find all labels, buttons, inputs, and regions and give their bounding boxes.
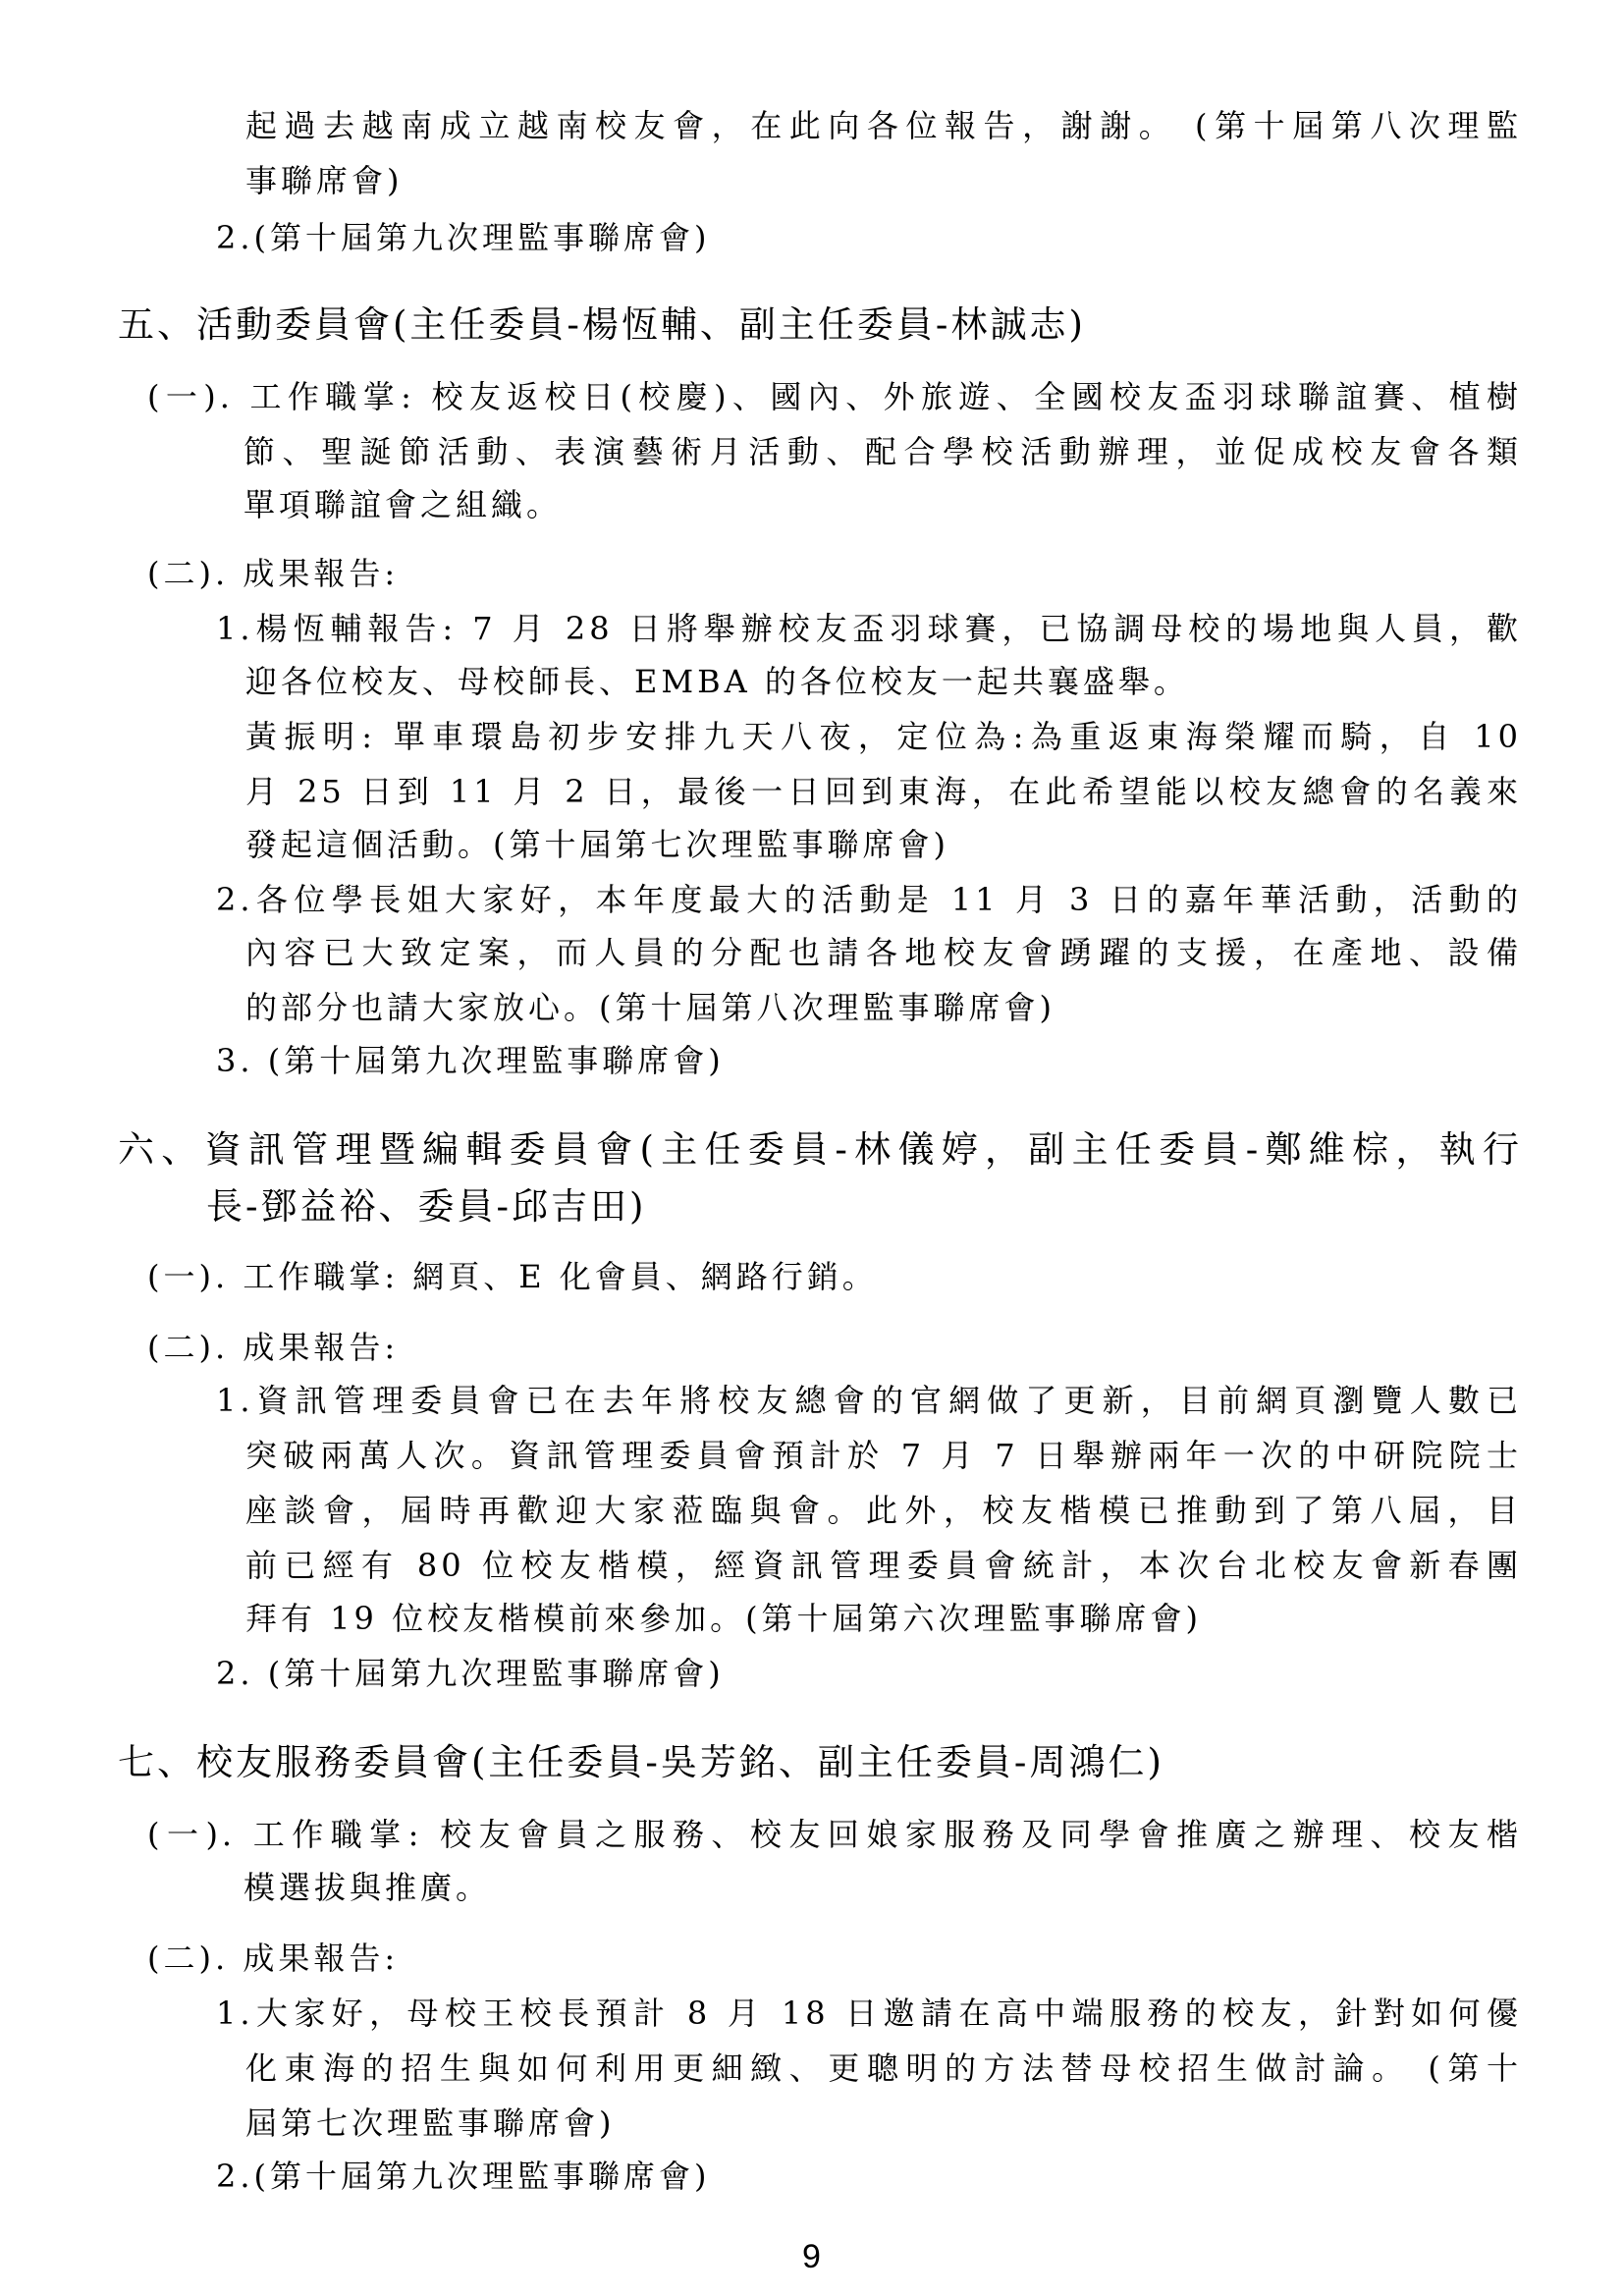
text-line: 1.楊恆輔報告: 7 月 28 日將舉辦校友盃羽球賽，已協調母校的場地與人員，歡 <box>216 609 1522 648</box>
text-line: 內容已大致定案，而人員的分配也請各地校友會踴躍的支援，在產地、設備 <box>245 933 1522 972</box>
text-line: 單項聯誼會之組織。 <box>243 485 562 524</box>
text-line: 2.(第十屆第九次理監事聯席會) <box>216 2157 711 2196</box>
page-number: 9 <box>0 2237 1623 2276</box>
text-line: 事聯席會) <box>245 161 404 200</box>
text-line: (一). 工作職掌: 校友返校日(校慶)、國內、外旅遊、全國校友盃羽球聯誼賽、植… <box>147 377 1522 416</box>
text-line: (二). 成果報告: <box>147 554 399 593</box>
text-line: 3. (第十屆第九次理監事聯席會) <box>216 1041 725 1080</box>
text-line: (一). 工作職掌: 校友會員之服務、校友回娘家服務及同學會推廣之辦理、校友楷 <box>147 1815 1522 1854</box>
section-heading: 長-鄧益裕、委員-邱吉田) <box>206 1184 646 1230</box>
text-line: 1.資訊管理委員會已在去年將校友總會的官網做了更新，目前網頁瀏覽人數已 <box>216 1381 1522 1420</box>
document-page: 起過去越南成立越南校友會，在此向各位報告，謝謝。 (第十屆第八次理監事聯席會)2… <box>0 0 1623 2296</box>
text-line: 1.大家好，母校王校長預計 8 月 18 日邀請在高中端服務的校友，針對如何優 <box>216 1994 1522 2033</box>
text-line: 起過去越南成立越南校友會，在此向各位報告，謝謝。 (第十屆第八次理監 <box>245 106 1522 145</box>
text-line: 2.各位學長姐大家好，本年度最大的活動是 11 月 3 日的嘉年華活動，活動的 <box>216 880 1522 919</box>
text-line: 拜有 19 位校友楷模前來參加。(第十屆第六次理監事聯席會) <box>245 1599 1202 1638</box>
text-line: 黃振明: 單車環島初步安排九天八夜，定位為:為重返東海榮耀而騎，自 10 <box>245 717 1522 756</box>
text-line: 2.(第十屆第九次理監事聯席會) <box>216 218 711 257</box>
text-line: 前已經有 80 位校友楷模，經資訊管理委員會統計，本次台北校友會新春團 <box>245 1546 1522 1585</box>
text-line: (二). 成果報告: <box>147 1939 399 1978</box>
text-line: 突破兩萬人次。資訊管理委員會預計於 7 月 7 日舉辦兩年一次的中研院院士 <box>245 1436 1522 1475</box>
text-line: 模選拔與推廣。 <box>243 1868 491 1907</box>
text-line: (二). 成果報告: <box>147 1328 399 1367</box>
text-line: 2. (第十屆第九次理監事聯席會) <box>216 1654 725 1693</box>
text-line: 節、聖誕節活動、表演藝術月活動、配合學校活動辦理，並促成校友會各類 <box>243 432 1522 471</box>
text-line: 化東海的招生與如何利用更細緻、更聰明的方法替母校招生做討論。 (第十 <box>245 2049 1522 2088</box>
section-heading: 七、校友服務委員會(主任委員-吳芳銘、副主任委員-周鴻仁) <box>118 1740 1164 1785</box>
text-line: 的部分也請大家放心。(第十屆第八次理監事聯席會) <box>245 988 1055 1027</box>
text-line: 迎各位校友、母校師長、EMBA 的各位校友一起共襄盛舉。 <box>245 662 1189 701</box>
text-line: 發起這個活動。(第十屆第七次理監事聯席會) <box>245 825 949 864</box>
text-line: (一). 工作職掌: 網頁、E 化會員、網路行銷。 <box>147 1257 878 1296</box>
section-heading: 五、活動委員會(主任委員-楊恆輔、副主任委員-林誠志) <box>118 302 1086 348</box>
text-line: 月 25 日到 11 月 2 日，最後一日回到東海，在此希望能以校友總會的名義來 <box>245 772 1522 811</box>
text-line: 座談會，屆時再歡迎大家蒞臨與會。此外，校友楷模已推動到了第八屆，目 <box>245 1491 1522 1530</box>
text-line: 屆第七次理監事聯席會) <box>245 2104 616 2143</box>
section-heading: 六、資訊管理暨編輯委員會(主任委員-林儀婷，副主任委員-鄭維棕，執行 <box>118 1127 1522 1173</box>
